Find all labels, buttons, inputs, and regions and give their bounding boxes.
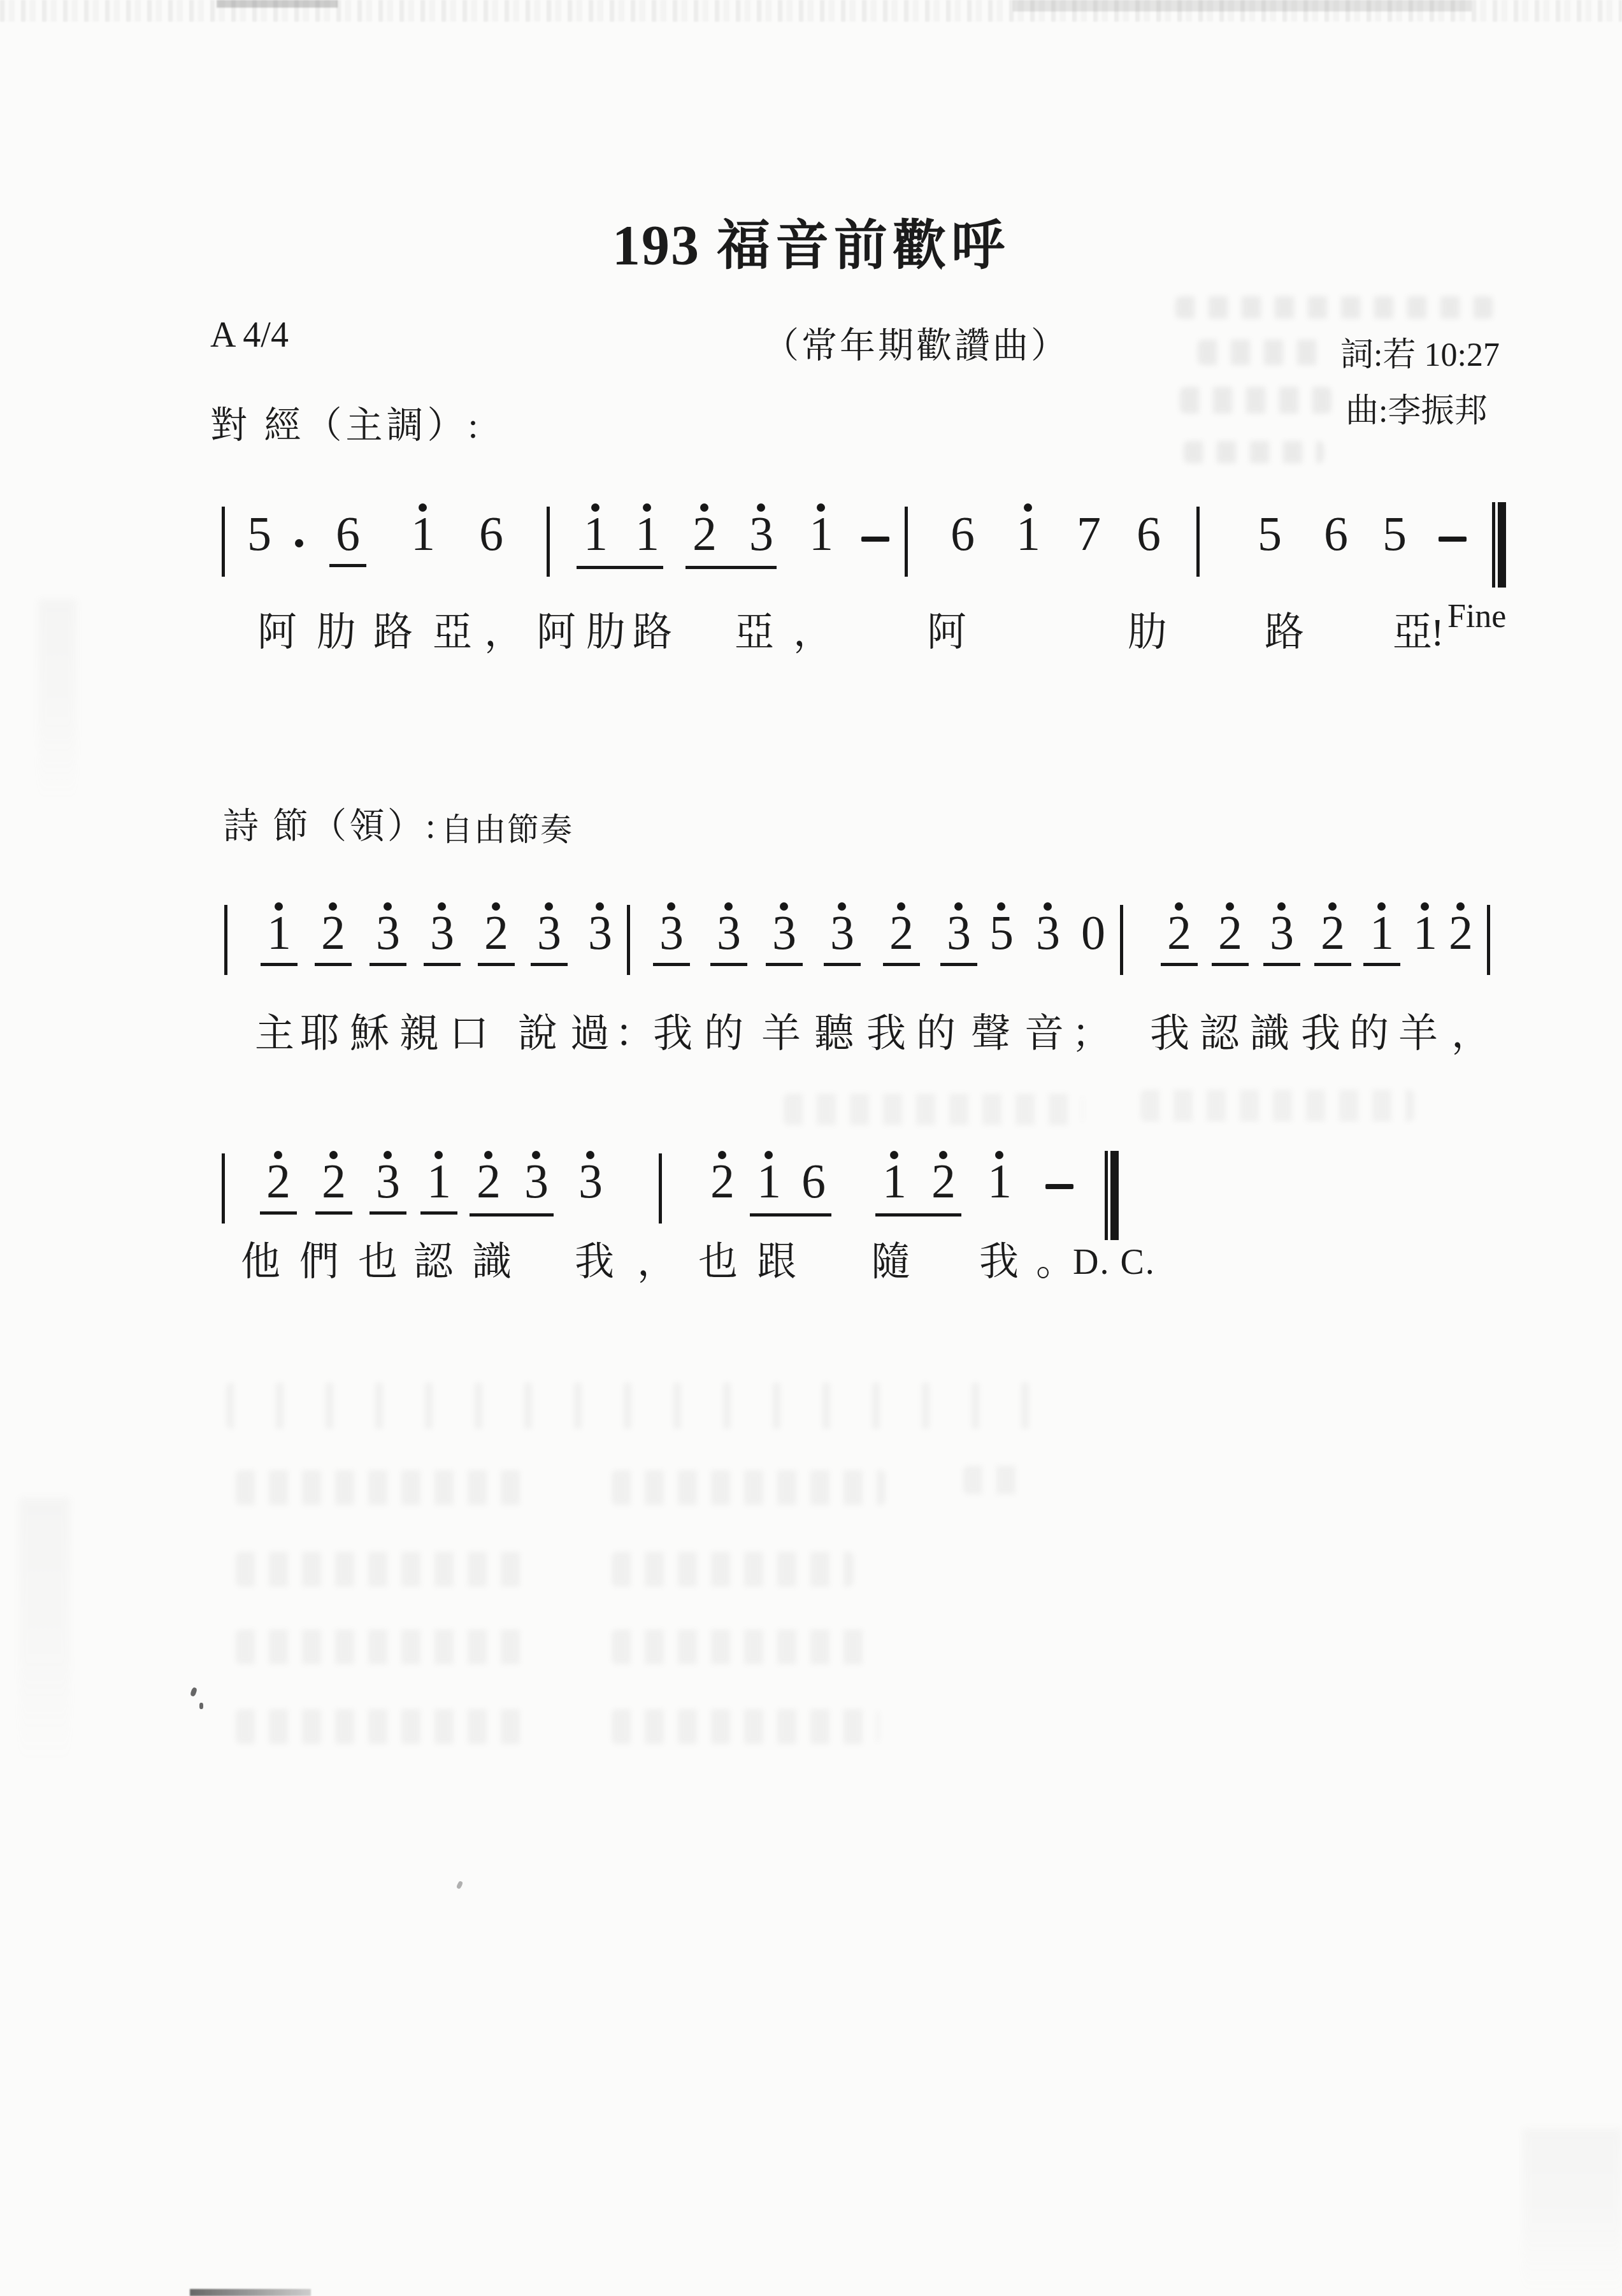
jianpu-note: 3 bbox=[576, 1157, 605, 1206]
barline bbox=[1196, 507, 1200, 577]
lyric-syllable: ， bbox=[484, 613, 524, 653]
eighth-note-underline bbox=[1212, 963, 1249, 966]
octave-dot bbox=[419, 503, 427, 512]
jianpu-note: 3 bbox=[714, 909, 743, 957]
eighth-note-underline bbox=[1161, 963, 1198, 966]
lyric-syllable: 阿 bbox=[927, 613, 966, 653]
lyric-syllable: 口 bbox=[449, 1014, 489, 1054]
augmentation-dot bbox=[295, 539, 303, 547]
lyric-syllable: 我 bbox=[653, 1014, 693, 1054]
jianpu-note: 2 bbox=[264, 1157, 293, 1206]
bleed-through-artifact bbox=[236, 1552, 522, 1587]
lyric-syllable: 耶 bbox=[300, 1014, 340, 1054]
octave-dot bbox=[643, 503, 651, 512]
bleed-through-artifact bbox=[1184, 441, 1324, 463]
jianpu-note: 3 bbox=[373, 909, 403, 957]
bleed-through-artifact bbox=[236, 1629, 522, 1664]
jianpu-note: 2 bbox=[929, 1157, 958, 1206]
beam-underline bbox=[750, 1213, 831, 1217]
prolong-dash bbox=[861, 537, 889, 542]
lyric-syllable: 肋 bbox=[586, 613, 626, 653]
eighth-note-underline bbox=[424, 963, 461, 966]
octave-dot bbox=[897, 902, 905, 911]
octave-dot bbox=[274, 1151, 282, 1159]
final-double-barline bbox=[1492, 502, 1506, 588]
octave-dot bbox=[329, 902, 337, 911]
scan-smudge bbox=[217, 0, 338, 8]
lyric-syllable: 認 bbox=[1200, 1014, 1239, 1054]
lyric-syllable: ， bbox=[793, 613, 833, 653]
jianpu-note: 3 bbox=[747, 510, 776, 558]
bleed-through-artifact bbox=[1175, 296, 1494, 319]
octave-dot bbox=[939, 1151, 947, 1159]
octave-dot bbox=[1377, 902, 1386, 911]
jianpu-note: 5 bbox=[1380, 510, 1409, 558]
hymn-number: 193 bbox=[612, 215, 700, 277]
jianpu-note: 5 bbox=[987, 909, 1016, 957]
octave-dot bbox=[764, 1151, 773, 1159]
octave-dot bbox=[484, 1151, 492, 1159]
lyric-syllable: 路 bbox=[633, 613, 672, 653]
octave-dot bbox=[1226, 902, 1234, 911]
octave-dot bbox=[954, 902, 963, 911]
octave-dot bbox=[591, 503, 599, 512]
jianpu-note: 3 bbox=[535, 909, 564, 957]
barline bbox=[905, 507, 908, 577]
jianpu-note: 7 bbox=[1074, 510, 1103, 558]
hymn-sheet-page: 193福音前歡呼 A 4/4 （常年期歡讚曲） 詞:若 10:27 曲:李振邦 … bbox=[0, 0, 1622, 2296]
final-double-barline bbox=[1105, 1151, 1119, 1240]
octave-dot bbox=[1044, 902, 1052, 911]
jianpu-note: 1 bbox=[1014, 510, 1043, 558]
prolong-dash bbox=[1045, 1184, 1073, 1189]
barline bbox=[224, 905, 227, 975]
lyric-syllable: ， bbox=[637, 1243, 677, 1282]
octave-dot bbox=[1277, 902, 1286, 911]
eighth-note-underline bbox=[766, 963, 803, 966]
bleed-through-artifact bbox=[963, 1466, 1027, 1494]
lyric-syllable: 穌 bbox=[350, 1014, 389, 1054]
octave-dot bbox=[384, 902, 392, 911]
bleed-through-artifact bbox=[1198, 340, 1328, 365]
jianpu-note: 6 bbox=[477, 510, 506, 558]
octave-dot bbox=[434, 1151, 443, 1159]
jianpu-note: 5 bbox=[1255, 510, 1284, 558]
octave-dot bbox=[596, 902, 604, 911]
octave-dot bbox=[1456, 902, 1465, 911]
jianpu-note: 1 bbox=[1410, 909, 1440, 957]
octave-dot bbox=[329, 1151, 338, 1159]
jianpu-note: 1 bbox=[408, 510, 438, 558]
jianpu-note: 1 bbox=[264, 909, 294, 957]
eighth-note-underline bbox=[315, 963, 352, 966]
jianpu-note: 6 bbox=[948, 510, 977, 558]
bleed-through-artifact bbox=[226, 1383, 1035, 1429]
beam-underline bbox=[470, 1213, 554, 1217]
barline bbox=[547, 507, 550, 577]
jianpu-note: 2 bbox=[474, 1157, 503, 1206]
jianpu-note: 3 bbox=[585, 909, 615, 957]
hymn-title-text: 福音前歡呼 bbox=[717, 217, 1010, 276]
lyric-syllable: 我 bbox=[1150, 1014, 1189, 1054]
octave-dot bbox=[275, 902, 283, 911]
eighth-note-underline bbox=[1314, 963, 1351, 966]
jianpu-note: 3 bbox=[1033, 909, 1063, 957]
lyric-syllable: 識 bbox=[1250, 1014, 1289, 1054]
lyric-syllable: 亞 bbox=[735, 613, 774, 653]
octave-dot bbox=[545, 902, 553, 911]
jianpu-note: 1 bbox=[581, 510, 610, 558]
jianpu-note: 3 bbox=[1267, 909, 1296, 957]
lyric-syllable: 。 bbox=[1036, 1243, 1075, 1282]
jianpu-note: 2 bbox=[1318, 909, 1347, 957]
lyric-syllable: 跟 bbox=[757, 1243, 796, 1282]
lyric-syllable: 也 bbox=[698, 1243, 738, 1282]
hymn-subtitle: （常年期歡讚曲） bbox=[763, 317, 1069, 368]
octave-dot bbox=[995, 1151, 1003, 1159]
lyric-syllable: 我 bbox=[979, 1243, 1019, 1282]
jianpu-note: 2 bbox=[319, 1157, 348, 1206]
jianpu-note: 2 bbox=[708, 1157, 737, 1206]
ink-speck bbox=[199, 1703, 203, 1709]
barline bbox=[627, 905, 630, 975]
jianpu-note: 3 bbox=[770, 909, 799, 957]
jianpu-note: 1 bbox=[424, 1157, 454, 1206]
ink-speck bbox=[190, 1687, 197, 1697]
jianpu-note: 2 bbox=[887, 909, 916, 957]
jianpu-note: 1 bbox=[633, 510, 662, 558]
lyric-syllable: 路 bbox=[1265, 613, 1304, 653]
lyric-syllable: 識 bbox=[472, 1243, 512, 1282]
eighth-note-underline bbox=[370, 1211, 406, 1215]
page-title: 193福音前歡呼 bbox=[612, 203, 1010, 280]
antiphon-section-label: 對 經（主調）: bbox=[210, 395, 482, 449]
octave-dot bbox=[817, 503, 825, 512]
lyric-syllable: 阿 bbox=[536, 613, 576, 653]
scan-streak bbox=[1523, 2128, 1622, 2294]
lyric-syllable: ! bbox=[1431, 613, 1444, 653]
lyric-syllable: 聽 bbox=[814, 1014, 854, 1054]
eighth-note-underline bbox=[824, 963, 861, 966]
eighth-note-underline bbox=[940, 963, 977, 966]
octave-dot bbox=[700, 503, 708, 512]
lyric-syllable: 認 bbox=[413, 1243, 453, 1282]
bleed-through-artifact bbox=[612, 1709, 879, 1744]
jianpu-note: 1 bbox=[1367, 909, 1396, 957]
lyric-syllable: 的 bbox=[916, 1014, 956, 1054]
octave-dot bbox=[1328, 902, 1337, 911]
lyric-syllable: 說 bbox=[518, 1014, 557, 1054]
barline bbox=[222, 1153, 225, 1224]
jianpu-note: 2 bbox=[482, 909, 511, 957]
lyric-syllable: 路 bbox=[373, 613, 413, 653]
octave-dot bbox=[718, 1151, 726, 1159]
eighth-note-underline bbox=[1263, 963, 1300, 966]
beam-underline bbox=[685, 566, 777, 569]
lyric-syllable: 我 bbox=[575, 1243, 614, 1282]
ink-speck bbox=[456, 1881, 463, 1889]
barline bbox=[222, 507, 225, 577]
octave-dot bbox=[667, 902, 675, 911]
barline bbox=[1120, 905, 1123, 975]
octave-dot bbox=[890, 1151, 898, 1159]
octave-dot bbox=[1175, 902, 1183, 911]
barline bbox=[659, 1153, 662, 1224]
lyric-syllable: 的 bbox=[704, 1014, 743, 1054]
lyric-syllable: 他 bbox=[241, 1243, 280, 1282]
jianpu-note: 6 bbox=[799, 1157, 828, 1206]
lyric-syllable: ： bbox=[615, 1014, 654, 1054]
lyric-syllable: 亞 bbox=[1393, 613, 1432, 653]
lyric-syllable: 們 bbox=[299, 1243, 339, 1282]
jianpu-note: 2 bbox=[1216, 909, 1245, 957]
octave-dot bbox=[997, 902, 1005, 911]
lyric-syllable: ， bbox=[1451, 1014, 1491, 1054]
lyric-syllable: 音 bbox=[1024, 1014, 1064, 1054]
eighth-note-underline bbox=[653, 963, 690, 966]
jianpu-note: 2 bbox=[690, 510, 719, 558]
jianpu-note: 2 bbox=[319, 909, 348, 957]
lyric-syllable: 親 bbox=[399, 1014, 439, 1054]
bleed-through-artifact bbox=[784, 1094, 1083, 1125]
jianpu-note: 1 bbox=[754, 1157, 784, 1206]
music-credit: 曲:李振邦 bbox=[1346, 384, 1487, 431]
lyric-syllable: 的 bbox=[1349, 1014, 1389, 1054]
eighth-note-underline bbox=[883, 963, 920, 966]
key-time-signature: A 4/4 bbox=[210, 315, 289, 356]
octave-dot bbox=[838, 902, 846, 911]
jianpu-note: 3 bbox=[944, 909, 973, 957]
jianpu-note: 3 bbox=[522, 1157, 551, 1206]
lyric-syllable: ； bbox=[1072, 1014, 1111, 1054]
octave-dot bbox=[780, 902, 788, 911]
jianpu-note: 1 bbox=[880, 1157, 909, 1206]
jianpu-note: 6 bbox=[1134, 510, 1163, 558]
jianpu-note: 0 bbox=[1079, 909, 1108, 957]
eighth-note-underline bbox=[478, 963, 515, 966]
eighth-note-underline bbox=[329, 564, 366, 567]
bleed-through-artifact bbox=[1180, 387, 1331, 414]
octave-dot bbox=[492, 902, 500, 911]
jianpu-note: 3 bbox=[427, 909, 457, 957]
prolong-dash bbox=[1439, 537, 1467, 542]
bleed-through-artifact bbox=[236, 1470, 522, 1505]
free-rhythm-note: 自由節奏 bbox=[441, 804, 573, 850]
barline bbox=[1487, 905, 1490, 975]
octave-dot bbox=[1024, 503, 1032, 512]
jianpu-note: 5 bbox=[245, 510, 274, 558]
octave-dot bbox=[757, 503, 765, 512]
lyric-syllable: 肋 bbox=[317, 613, 356, 653]
bleed-through-artifact bbox=[612, 1470, 886, 1505]
lyric-syllable: 我 bbox=[1301, 1014, 1340, 1054]
lyric-syllable: 阿 bbox=[257, 613, 297, 653]
octave-dot bbox=[384, 1151, 392, 1159]
bleed-through-artifact bbox=[236, 1709, 522, 1744]
eighth-note-underline bbox=[1363, 963, 1400, 966]
lyric-syllable: 過 bbox=[570, 1014, 610, 1054]
lyric-syllable: 羊 bbox=[761, 1014, 801, 1054]
jianpu-note: 2 bbox=[1446, 909, 1475, 957]
octave-dot bbox=[724, 902, 733, 911]
lyric-syllable: 羊 bbox=[1398, 1014, 1438, 1054]
jianpu-note: 6 bbox=[1321, 510, 1351, 558]
lyric-syllable: 亞 bbox=[433, 613, 472, 653]
octave-dot bbox=[438, 902, 446, 911]
octave-dot bbox=[532, 1151, 540, 1159]
jianpu-note: 2 bbox=[1165, 909, 1194, 957]
da-capo-mark: D. C. bbox=[1073, 1243, 1156, 1282]
bleed-through-artifact bbox=[612, 1552, 854, 1587]
lyric-syllable: 隨 bbox=[871, 1243, 910, 1282]
eighth-note-underline bbox=[260, 1211, 297, 1215]
beam-underline bbox=[875, 1213, 961, 1217]
eighth-note-underline bbox=[370, 963, 406, 966]
eighth-note-underline bbox=[261, 963, 298, 966]
fine-mark: Fine bbox=[1447, 598, 1506, 635]
jianpu-note: 3 bbox=[828, 909, 857, 957]
bleed-through-artifact bbox=[612, 1629, 866, 1664]
lyric-credit: 詞:若 10:27 bbox=[1340, 328, 1500, 375]
eighth-note-underline bbox=[531, 963, 568, 966]
lyric-syllable: 肋 bbox=[1128, 613, 1167, 653]
scan-streak bbox=[19, 1498, 70, 1765]
bleed-through-artifact bbox=[1140, 1090, 1414, 1122]
lyric-syllable: 我 bbox=[866, 1014, 906, 1054]
lyric-syllable: 主 bbox=[255, 1014, 294, 1054]
eighth-note-underline bbox=[420, 1211, 457, 1215]
eighth-note-underline bbox=[710, 963, 747, 966]
lyric-syllable: 聲 bbox=[971, 1014, 1010, 1054]
jianpu-note: 3 bbox=[657, 909, 686, 957]
eighth-note-underline bbox=[315, 1211, 352, 1215]
octave-dot bbox=[586, 1151, 594, 1159]
jianpu-note: 3 bbox=[373, 1157, 403, 1206]
jianpu-note: 6 bbox=[333, 510, 362, 558]
octave-dot bbox=[1421, 902, 1429, 911]
lyric-syllable: 也 bbox=[358, 1243, 398, 1282]
jianpu-note: 1 bbox=[985, 1157, 1014, 1206]
scan-streak bbox=[38, 599, 76, 803]
verse-section-label: 詩 節（領）: bbox=[223, 798, 438, 849]
beam-underline bbox=[577, 566, 663, 569]
scan-smudge bbox=[190, 2289, 311, 2296]
scan-smudge bbox=[1013, 0, 1472, 11]
jianpu-note: 1 bbox=[807, 510, 836, 558]
